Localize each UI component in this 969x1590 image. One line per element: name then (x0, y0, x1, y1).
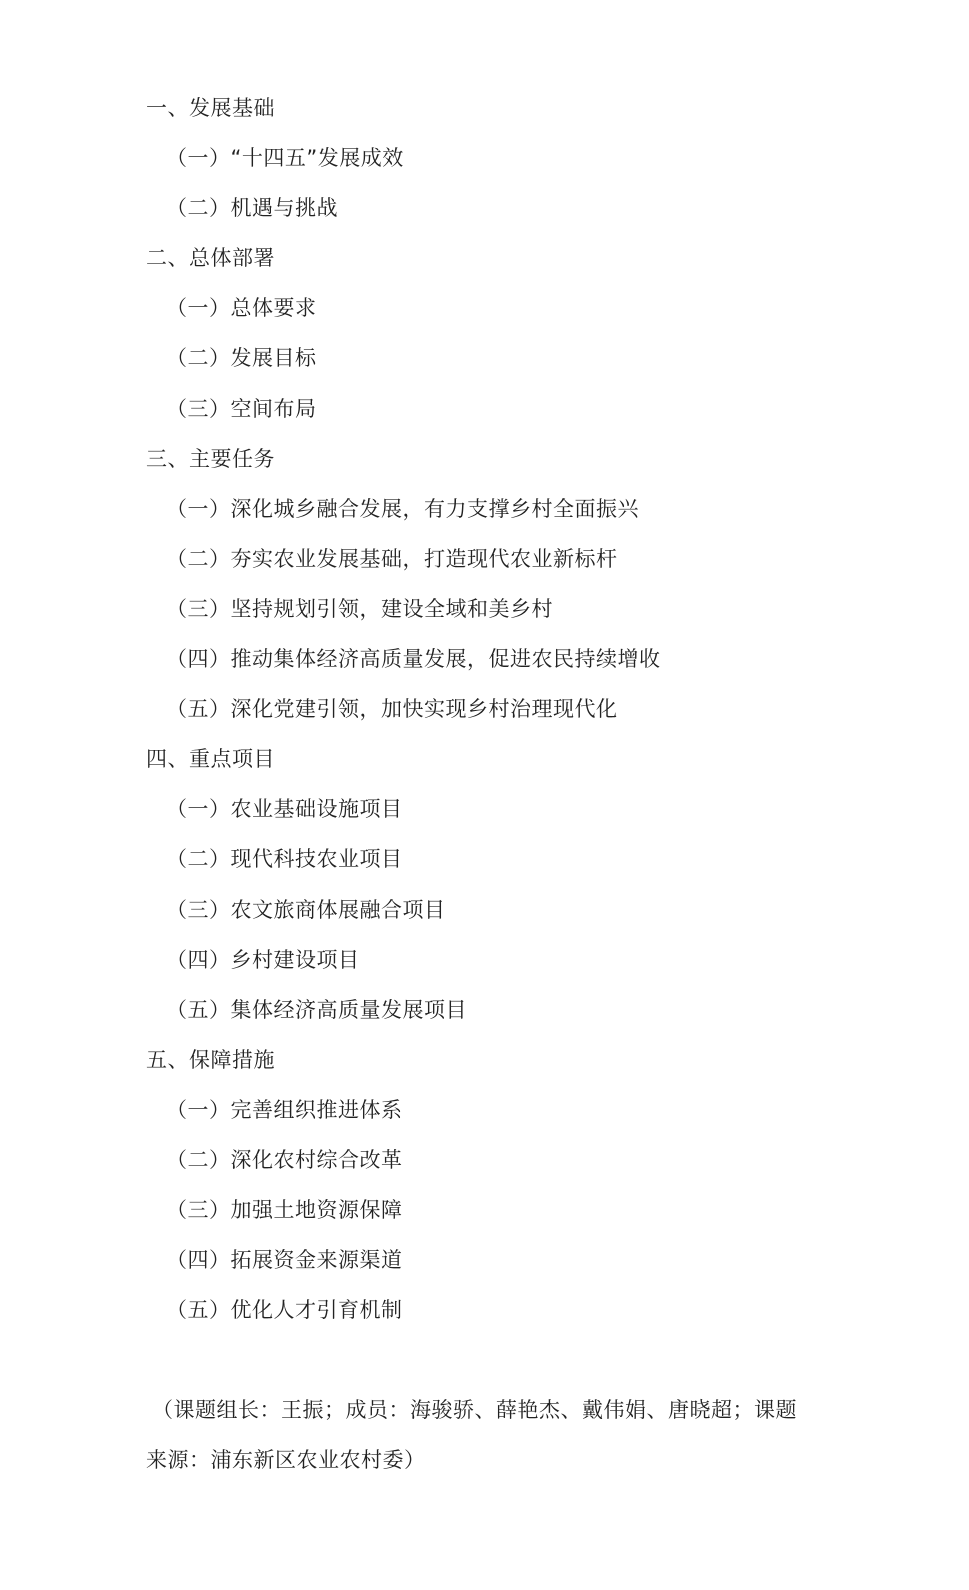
toc-subsection: （二）发展目标 (146, 333, 661, 383)
table-of-contents: 一、发展基础 （一）“十四五”发展成效 （二）机遇与挑战 二、总体部署 （一）总… (146, 83, 661, 1335)
toc-subsection: （三）空间布局 (146, 384, 661, 434)
toc-section-heading: 五、保障措施 (146, 1035, 661, 1085)
toc-section-heading: 一、发展基础 (146, 83, 661, 133)
toc-subsection: （四）推动集体经济高质量发展，促进农民持续增收 (146, 634, 661, 684)
toc-subsection: （五）集体经济高质量发展项目 (146, 985, 661, 1035)
toc-subsection: （一）总体要求 (146, 283, 661, 333)
toc-section-heading: 四、重点项目 (146, 734, 661, 784)
toc-subsection: （三）加强土地资源保障 (146, 1185, 661, 1235)
toc-section-heading: 二、总体部署 (146, 233, 661, 283)
toc-subsection: （一）完善组织推进体系 (146, 1085, 661, 1135)
toc-subsection: （一）农业基础设施项目 (146, 784, 661, 834)
toc-subsection: （四）拓展资金来源渠道 (146, 1235, 661, 1285)
toc-subsection: （一）深化城乡融合发展，有力支撑乡村全面振兴 (146, 484, 661, 534)
toc-subsection: （二）夯实农业发展基础，打造现代农业新标杆 (146, 534, 661, 584)
toc-subsection: （二）深化农村综合改革 (146, 1135, 661, 1185)
toc-subsection: （一）“十四五”发展成效 (146, 133, 661, 183)
toc-subsection: （五）优化人才引育机制 (146, 1285, 661, 1335)
toc-subsection: （二）现代科技农业项目 (146, 834, 661, 884)
toc-subsection: （四）乡村建设项目 (146, 935, 661, 985)
credits-line-2: 来源：浦东新区农业农村委） (146, 1435, 826, 1485)
toc-subsection: （三）坚持规划引领，建设全域和美乡村 (146, 584, 661, 634)
toc-subsection: （三）农文旅商体展融合项目 (146, 885, 661, 935)
research-credits: （课题组长：王振；成员：海骏骄、薛艳杰、戴伟娟、唐晓超；课题 来源：浦东新区农业… (146, 1385, 826, 1485)
toc-section-heading: 三、主要任务 (146, 434, 661, 484)
credits-line-1: （课题组长：王振；成员：海骏骄、薛艳杰、戴伟娟、唐晓超；课题 (146, 1385, 826, 1435)
toc-subsection: （二）机遇与挑战 (146, 183, 661, 233)
toc-subsection: （五）深化党建引领，加快实现乡村治理现代化 (146, 684, 661, 734)
